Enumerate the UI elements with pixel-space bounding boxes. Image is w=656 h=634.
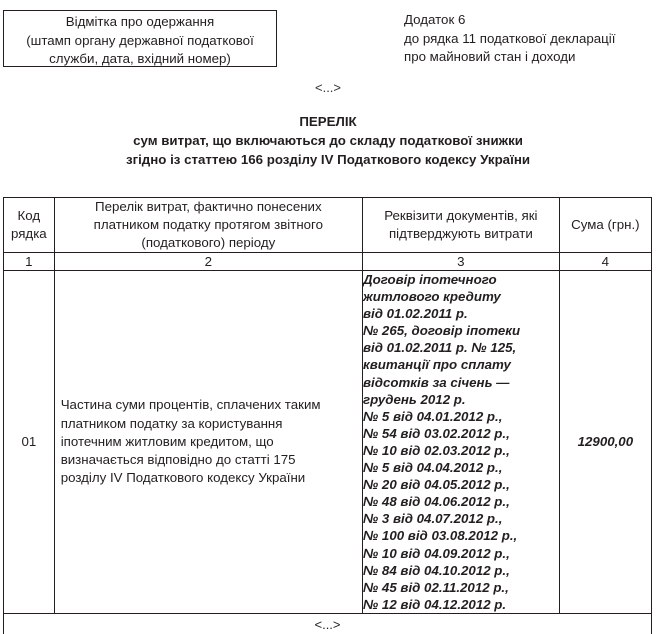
table-footer-row: <...> [4, 613, 652, 634]
title-heading: ПЕРЕЛІК [0, 112, 656, 131]
document-line: від 01.02.2011 р. [363, 305, 559, 322]
header-documents: Реквізити документів, які підтверджують … [363, 198, 560, 253]
document-line: Договір іпотечного [363, 271, 559, 288]
document-line: відсотків за січень — [363, 374, 559, 391]
document-line: № 20 від 04.05.2012 р., [363, 476, 559, 493]
column-number: 4 [559, 253, 651, 271]
document-line: № 54 від 03.02.2012 р., [363, 425, 559, 442]
expenses-table: Код рядка Перелік витрат, фактично понес… [3, 197, 652, 634]
table-header-row: Код рядка Перелік витрат, фактично понес… [4, 198, 652, 253]
document-line: № 45 від 02.11.2012 р., [363, 579, 559, 596]
stamp-line: Відмітка про одержання [4, 13, 276, 32]
document-line: від 01.02.2011 р. № 125, [363, 339, 559, 356]
column-number-row: 1 2 3 4 [4, 253, 652, 271]
column-number: 1 [4, 253, 55, 271]
appendix-line: Додаток 6 [404, 11, 615, 30]
omission-marker: <...> [0, 80, 656, 95]
column-number: 3 [363, 253, 560, 271]
document-line: № 10 від 02.03.2012 р., [363, 442, 559, 459]
document-line: № 84 від 04.10.2012 р., [363, 562, 559, 579]
stamp-line: (штамп органу державної податкової [4, 32, 276, 51]
document-line: № 10 від 04.09.2012 р., [363, 545, 559, 562]
appendix-note: Додаток 6 до рядка 11 податкової деклара… [404, 11, 615, 67]
document-line: № 48 від 04.06.2012 р., [363, 493, 559, 510]
document-line: № 5 від 04.01.2012 р., [363, 408, 559, 425]
document-line: житлового кредиту [363, 288, 559, 305]
omission-marker: <...> [4, 613, 652, 634]
header-expenses: Перелік витрат, фактично понесених платн… [54, 198, 362, 253]
column-number: 2 [54, 253, 362, 271]
row-description: Частина суми процентів, сплачених таким … [54, 271, 362, 614]
document-line: № 12 від 04.12.2012 р. [363, 596, 559, 613]
row-documents: Договір іпотечногожитлового кредитувід 0… [363, 271, 560, 614]
document-line: грудень 2012 р. [363, 391, 559, 408]
document-line: № 3 від 04.07.2012 р., [363, 510, 559, 527]
header-sum: Сума (грн.) [559, 198, 651, 253]
stamp-line: служби, дата, вхідний номер) [4, 50, 276, 69]
row-sum: 12900,00 [559, 271, 651, 614]
title-line: сум витрат, що включаються до складу под… [0, 131, 656, 150]
row-code: 01 [4, 271, 55, 614]
document-title: ПЕРЕЛІК сум витрат, що включаються до ск… [0, 112, 656, 169]
table-row: 01 Частина суми процентів, сплачених так… [4, 271, 652, 614]
document-line: № 265, договір іпотеки [363, 322, 559, 339]
appendix-line: про майновий стан і доходи [404, 48, 615, 67]
receipt-stamp-box: Відмітка про одержання (штамп органу дер… [3, 10, 277, 67]
title-line: згідно із статтею 166 розділу IV Податко… [0, 150, 656, 169]
document-line: № 100 від 03.08.2012 р., [363, 527, 559, 544]
document-line: № 5 від 04.04.2012 р., [363, 459, 559, 476]
document-line: квитанції про сплату [363, 356, 559, 373]
header-code: Код рядка [4, 198, 55, 253]
appendix-line: до рядка 11 податкової декларації [404, 30, 615, 49]
